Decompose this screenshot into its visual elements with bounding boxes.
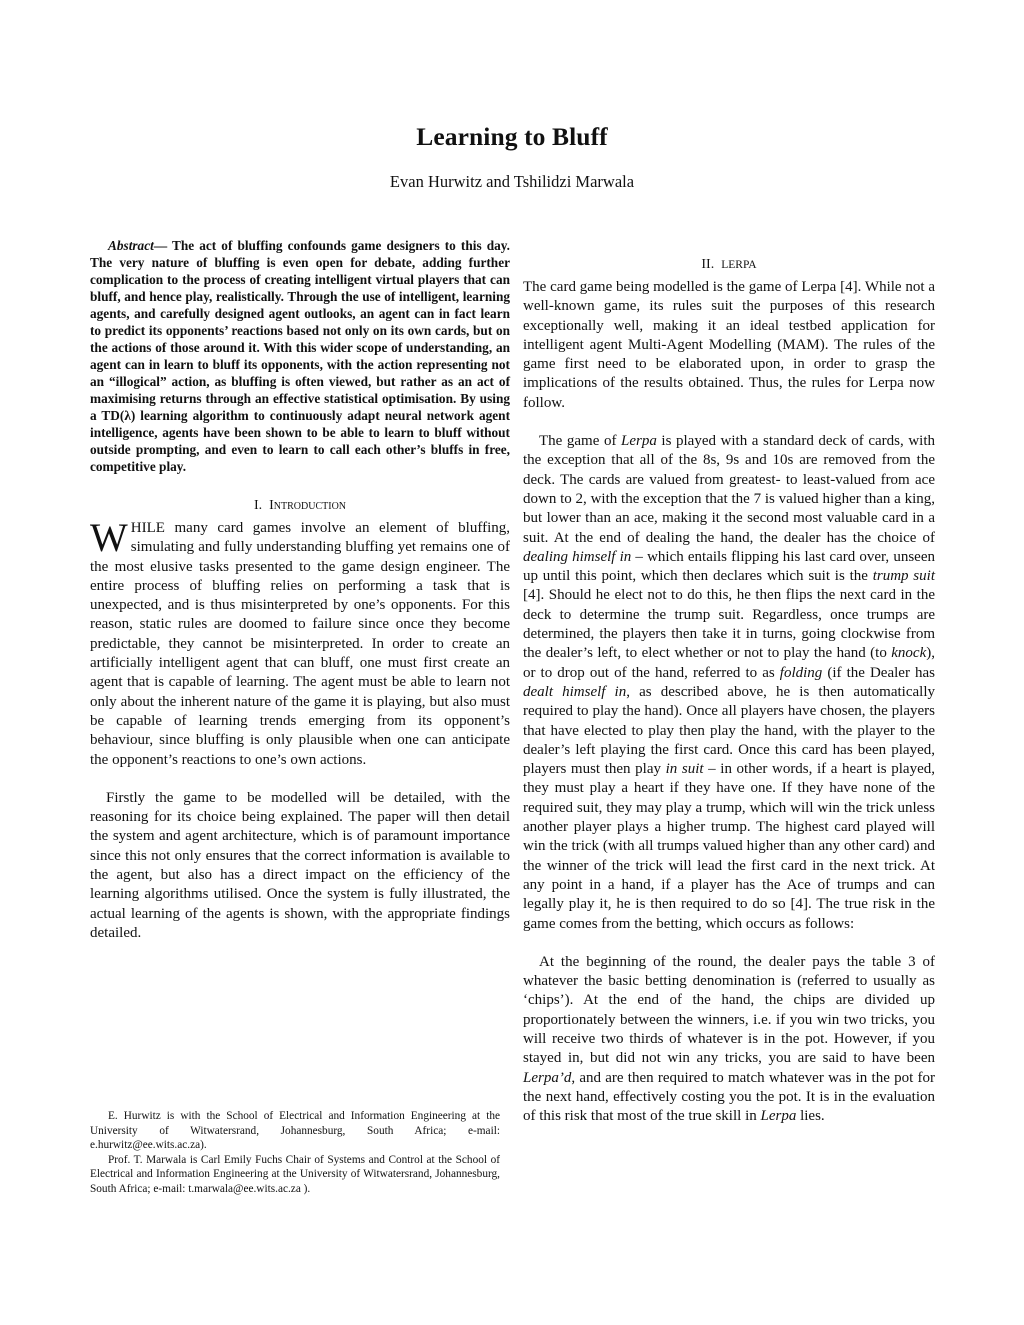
abstract-dash: — — [154, 238, 167, 253]
section-title: LERPA — [721, 259, 756, 271]
drop-cap: W — [90, 521, 128, 555]
abstract-text: The act of bluffing confounds game desig… — [90, 238, 510, 474]
section-title: Introduction — [269, 498, 346, 513]
text-run: (if the Dealer has — [822, 665, 935, 681]
italic-term: dealing himself in — [523, 549, 631, 565]
text-run: [4]. Should he elect not to do this, he … — [523, 587, 935, 661]
text-run: – in other words, if a heart is played, … — [523, 761, 935, 931]
lerpa-paragraph-3: At the beginning of the round, the deale… — [523, 953, 935, 1127]
footnote: Prof. T. Marwala is Carl Emily Fuchs Cha… — [90, 1153, 500, 1197]
section-heading-introduction: I. Introduction — [90, 497, 510, 515]
paper-authors: Evan Hurwitz and Tshilidzi Marwala — [0, 172, 1024, 192]
abstract: Abstract— The act of bluffing confounds … — [90, 237, 510, 475]
italic-term: dealt himself in — [523, 684, 626, 700]
italic-term: knock — [891, 645, 926, 661]
abstract-label: Abstract — [108, 238, 154, 253]
footnote: E. Hurwitz is with the School of Electri… — [90, 1109, 500, 1153]
section-heading-lerpa: II. LERPA — [523, 256, 935, 274]
intro-paragraph-1-text: HILE many card games involve an element … — [90, 520, 510, 768]
italic-term: Lerpa — [760, 1108, 796, 1124]
author-footnotes: E. Hurwitz is with the School of Electri… — [90, 1109, 500, 1196]
section-number: I. — [254, 498, 262, 513]
text-run: The game of — [539, 433, 621, 449]
italic-term: trump suit — [873, 568, 935, 584]
section-number: II. — [701, 257, 714, 272]
italic-term: folding — [780, 665, 823, 681]
paper-title: Learning to Bluff — [0, 122, 1024, 152]
lerpa-paragraph-2: The game of Lerpa is played with a stand… — [523, 432, 935, 934]
lerpa-paragraph-1: The card game being modelled is the game… — [523, 278, 935, 413]
right-column: II. LERPA The card game being modelled i… — [523, 256, 935, 1126]
italic-term: in suit — [666, 761, 704, 777]
italic-term: Lerpa — [621, 433, 657, 449]
italic-term: Lerpa’d — [523, 1070, 571, 1086]
left-column: Abstract— The act of bluffing confounds … — [90, 237, 510, 943]
text-run: lies. — [796, 1108, 824, 1124]
intro-paragraph-2: Firstly the game to be modelled will be … — [90, 789, 510, 943]
text-run: is played with a standard deck of cards,… — [523, 433, 935, 545]
text-run: , and are then required to match whateve… — [523, 1070, 935, 1125]
text-run: At the beginning of the round, the deale… — [523, 954, 935, 1066]
intro-paragraph-1: WHILE many card games involve an element… — [90, 519, 510, 770]
